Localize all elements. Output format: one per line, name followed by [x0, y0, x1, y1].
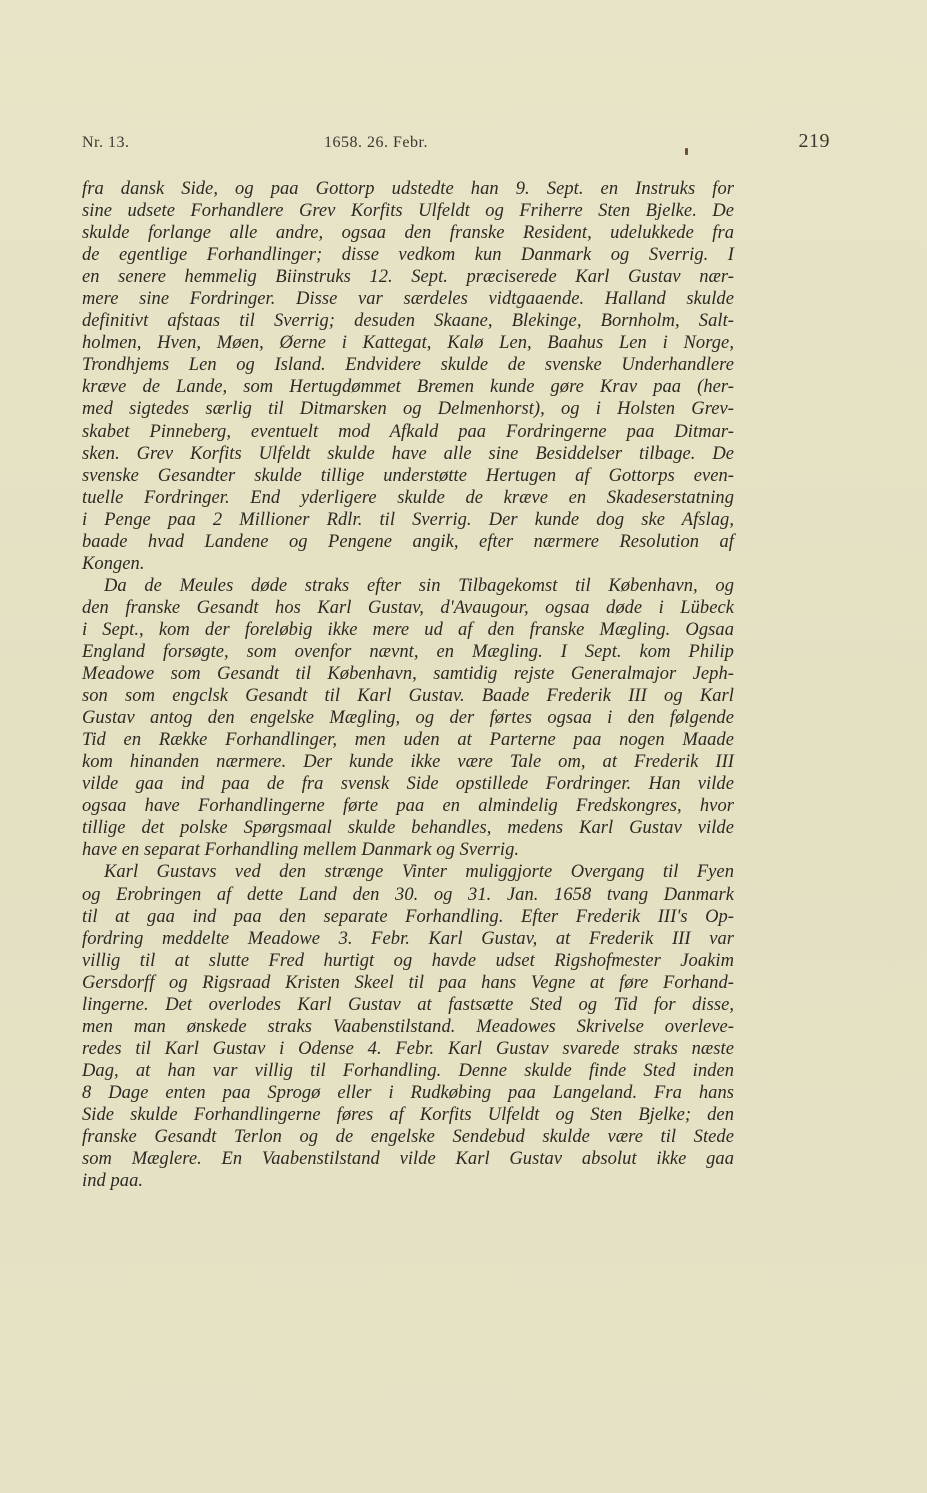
page-number: 219 — [799, 130, 831, 153]
paragraph: Karl Gustavs ved den strænge Vinter muli… — [82, 861, 734, 1192]
book-page: Nr. 13. 1658. 26. Febr. 219 fra dansk Si… — [0, 0, 927, 1493]
ink-speck — [685, 148, 688, 155]
text-line: en senere hemmelig Biinstruks 12. Sept. … — [82, 266, 734, 288]
running-header: Nr. 13. 1658. 26. Febr. 219 — [82, 130, 830, 154]
text-line: tillige det polske Spørgsmaal skulde beh… — [82, 817, 734, 839]
text-line: lingerne. Det overlodes Karl Gustav at f… — [82, 994, 734, 1016]
text-line: med sigtedes særlig til Ditmarsken og De… — [82, 398, 734, 420]
text-line: Meadowe som Gesandt til København, samti… — [82, 663, 734, 685]
text-line: ind paa. — [82, 1170, 734, 1192]
text-line: fra dansk Side, og paa Gottorp udstedte … — [82, 178, 734, 200]
text-line: Gersdorff og Rigsraad Kristen Skeel til … — [82, 972, 734, 994]
text-line: Trondhjems Len og Island. Endvidere skul… — [82, 354, 734, 376]
text-line: Da de Meules døde straks efter sin Tilba… — [82, 575, 734, 597]
text-line: redes til Karl Gustav i Odense 4. Febr. … — [82, 1038, 734, 1060]
text-line: 8 Dage enten paa Sprogø eller i Rudkøbin… — [82, 1082, 734, 1104]
body-text: fra dansk Side, og paa Gottorp udstedte … — [82, 178, 734, 1192]
text-line: Karl Gustavs ved den strænge Vinter muli… — [82, 861, 734, 883]
text-line: sine udsete Forhandlere Grev Korfits Ulf… — [82, 200, 734, 222]
text-line: den franske Gesandt hos Karl Gustav, d'A… — [82, 597, 734, 619]
text-line: i Penge paa 2 Millioner Rdlr. til Sverri… — [82, 509, 734, 531]
text-line: og Erobringen af dette Land den 30. og 3… — [82, 884, 734, 906]
text-line: mere sine Fordringer. Disse var særdeles… — [82, 288, 734, 310]
text-line: kræve de Lande, som Hertugdømmet Bremen … — [82, 376, 734, 398]
text-line: baade hvad Landene og Pengene angik, eft… — [82, 531, 734, 553]
text-line: Dag, at han var villig til Forhandling. … — [82, 1060, 734, 1082]
document-number: Nr. 13. — [82, 134, 130, 152]
text-line: franske Gesandt Terlon og de engelske Se… — [82, 1126, 734, 1148]
paragraph: Da de Meules døde straks efter sin Tilba… — [82, 575, 734, 862]
document-date: 1658. 26. Febr. — [324, 134, 428, 152]
text-line: holmen, Hven, Møen, Øerne i Kattegat, Ka… — [82, 332, 734, 354]
paragraph: fra dansk Side, og paa Gottorp udstedte … — [82, 178, 734, 575]
text-line: ogsaa have Forhandlingerne førte paa en … — [82, 795, 734, 817]
text-line: de egentlige Forhandlinger; disse vedkom… — [82, 244, 734, 266]
text-line: tuelle Fordringer. End yderligere skulde… — [82, 487, 734, 509]
text-line: England forsøgte, som ovenfor nævnt, en … — [82, 641, 734, 663]
text-line: Gustav antog den engelske Mægling, og de… — [82, 707, 734, 729]
text-line: vilde gaa ind paa de fra svensk Side ops… — [82, 773, 734, 795]
text-line: fordring meddelte Meadowe 3. Febr. Karl … — [82, 928, 734, 950]
text-line: definitivt afstaas til Sverrig; desuden … — [82, 310, 734, 332]
text-line: i Sept., kom der foreløbig ikke mere ud … — [82, 619, 734, 641]
text-line: til at gaa ind paa den separate Forhandl… — [82, 906, 734, 928]
text-line: skabet Pinneberg, eventuelt mod Afkald p… — [82, 421, 734, 443]
text-line: sken. Grev Korfits Ulfeldt skulde have a… — [82, 443, 734, 465]
text-line: men man ønskede straks Vaabenstilstand. … — [82, 1016, 734, 1038]
text-line: villig til at slutte Fred hurtigt og hav… — [82, 950, 734, 972]
text-line: son som engclsk Gesandt til Karl Gustav.… — [82, 685, 734, 707]
text-line: kom hinanden nærmere. Der kunde ikke vær… — [82, 751, 734, 773]
text-line: Tid en Række Forhandlinger, men uden at … — [82, 729, 734, 751]
text-line: skulde forlange alle andre, ogsaa den fr… — [82, 222, 734, 244]
text-line: have en separat Forhandling mellem Danma… — [82, 839, 734, 861]
text-line: som Mæglere. En Vaabenstilstand vilde Ka… — [82, 1148, 734, 1170]
text-line: svenske Gesandter skulde tillige underst… — [82, 465, 734, 487]
text-line: Kongen. — [82, 553, 734, 575]
text-line: Side skulde Forhandlingerne føres af Kor… — [82, 1104, 734, 1126]
